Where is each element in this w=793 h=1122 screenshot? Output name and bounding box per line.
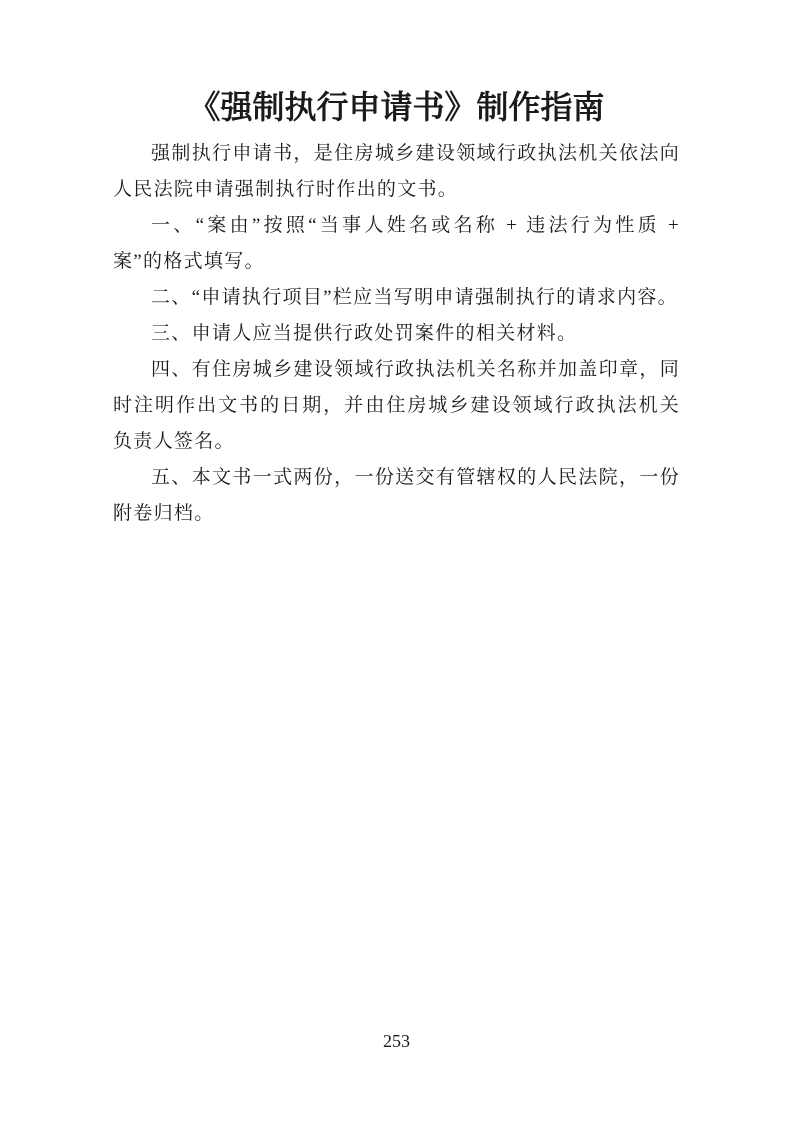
- intro-paragraph: 强制执行申请书，是住房城乡建设领域行政执法机关依法向人民法院申请强制执行时作出的…: [113, 136, 680, 208]
- item-4-paragraph: 四、有住房城乡建设领域行政执法机关名称并加盖印章，同时注明作出文书的日期，并由住…: [113, 352, 680, 460]
- item-1-paragraph: 一、“案由”按照“当事人姓名或名称 + 违法行为性质 + 案”的格式填写。: [113, 208, 680, 280]
- item-3-paragraph: 三、申请人应当提供行政处罚案件的相关材料。: [113, 316, 680, 352]
- document-page: 《强制执行申请书》制作指南 强制执行申请书，是住房城乡建设领域行政执法机关依法向…: [0, 0, 793, 1122]
- document-content: 《强制执行申请书》制作指南 强制执行申请书，是住房城乡建设领域行政执法机关依法向…: [113, 0, 680, 532]
- item-2-paragraph: 二、“申请执行项目”栏应当写明申请强制执行的请求内容。: [113, 280, 680, 316]
- page-number: 253: [113, 1030, 680, 1052]
- document-body: 强制执行申请书，是住房城乡建设领域行政执法机关依法向人民法院申请强制执行时作出的…: [113, 136, 680, 532]
- document-title: 《强制执行申请书》制作指南: [113, 0, 680, 128]
- item-5-paragraph: 五、本文书一式两份，一份送交有管辖权的人民法院，一份附卷归档。: [113, 460, 680, 532]
